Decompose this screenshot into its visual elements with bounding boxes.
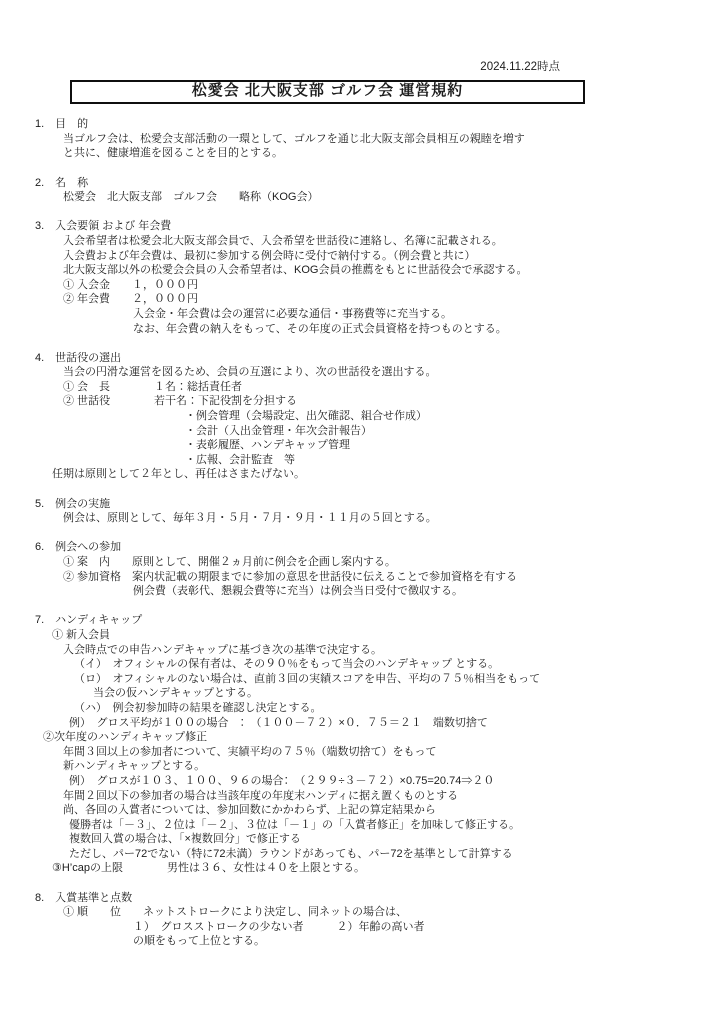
document-line: なお、年会費の納入をもって、その年度の正式会員資格を持つものとする。: [35, 322, 724, 337]
document-line: （イ） オフィシャルの保有者は、その９０％をもって当会のハンデキャップ とする。: [35, 657, 724, 672]
section: 6. 例会への参加① 案 内 原則として、開催２ヵ月前に例会を企画し案内する。②…: [35, 540, 724, 598]
document-line: と共に、健康増進を図ることを目的とする。: [35, 146, 724, 161]
document-page: 2024.11.22時点 松愛会 北大阪支部 ゴルフ会 運営規約 1. 目 的当…: [0, 0, 724, 1024]
document-line: 年間３回以上の参加者について、実績平均の７５％（端数切捨て）をもって: [35, 745, 724, 760]
date-note: 2024.11.22時点: [70, 60, 585, 75]
document-line: 入会希望者は松愛会北大阪支部会員で、入会希望を世話役に連絡し、名簿に記載される。: [35, 234, 724, 249]
document-line: ・表彰履歴、ハンデキャップ管理: [35, 438, 724, 453]
document-line: ただし、パー72でない（特に72未満）ラウンドがあっても、パー72を基準として計…: [35, 847, 724, 862]
document-line: 松愛会 北大阪支部 ゴルフ会 略称（KOG会）: [35, 190, 724, 205]
document-title: 松愛会 北大阪支部 ゴルフ会 運営規約: [192, 82, 464, 99]
document-line: 年間２回以下の参加者の場合は当該年度の年度末ハンディに据え置くものとする: [35, 789, 724, 804]
sections-container: 1. 目 的当ゴルフ会は、松愛会支部活動の一環として、ゴルフを通じ北大阪支部会員…: [35, 117, 724, 949]
document-line: 優勝者は「－３」、２位は「－２」、３位は「－１」の「入賞者修正」を加味して修正す…: [35, 818, 724, 833]
section: 2. 名 称松愛会 北大阪支部 ゴルフ会 略称（KOG会）: [35, 176, 724, 205]
section-heading: 3. 入会要領 および 年会費: [35, 219, 724, 234]
document-line: ① 案 内 原則として、開催２ヵ月前に例会を企画し案内する。: [35, 555, 724, 570]
document-line: 例会は、原則として、毎年３月・５月・７月・９月・１１月の５回とする。: [35, 511, 724, 526]
section: 5. 例会の実施例会は、原則として、毎年３月・５月・７月・９月・１１月の５回とす…: [35, 497, 724, 526]
document-line: 当会の仮ハンデキャップとする。: [35, 686, 724, 701]
document-line: ・例会管理（会場設定、出欠確認、組合せ作成）: [35, 409, 724, 424]
document-line: ② 年会費 ２，０００円: [35, 292, 724, 307]
document-line: ① 会 長 １名：総括責任者: [35, 380, 724, 395]
document-line: （ロ） オフィシャルのない場合は、直前３回の実績スコアを申告、平均の７５％相当を…: [35, 672, 724, 687]
section-heading: 6. 例会への参加: [35, 540, 724, 555]
section: 8. 入賞基準と点数① 順 位 ネットストロークにより決定し、同ネットの場合は、…: [35, 891, 724, 949]
document-line: ②次年度のハンディキャップ修正: [35, 730, 724, 745]
section-heading: 8. 入賞基準と点数: [35, 891, 724, 906]
document-line: 例） グロス平均が１００の場合 ： （１００－７２）×０．７５＝２１ 端数切捨て: [35, 716, 724, 731]
section-heading: 4. 世話役の選出: [35, 351, 724, 366]
document-line: ① 入会金 １，０００円: [35, 278, 724, 293]
document-line: 当ゴルフ会は、松愛会支部活動の一環として、ゴルフを通じ北大阪支部会員相互の親睦を…: [35, 132, 724, 147]
title-box: 松愛会 北大阪支部 ゴルフ会 運営規約: [70, 80, 585, 105]
section: 4. 世話役の選出当会の円滑な運営を図るため、会員の互選により、次の世話役を選出…: [35, 351, 724, 482]
document-line: 例） グロスが１０３、１００、９６の場合： （２９９÷３－７２）×0.75=20…: [35, 774, 724, 789]
document-line: 例会費（表彰代、懇親会費等に充当）は例会当日受付で徴収する。: [35, 584, 724, 599]
section: 1. 目 的当ゴルフ会は、松愛会支部活動の一環として、ゴルフを通じ北大阪支部会員…: [35, 117, 724, 161]
document-line: 新ハンディキャップとする。: [35, 759, 724, 774]
document-line: 当会の円滑な運営を図るため、会員の互選により、次の世話役を選出する。: [35, 365, 724, 380]
document-line: ① 順 位 ネットストロークにより決定し、同ネットの場合は、: [35, 905, 724, 920]
document-line: 入会費および年会費は、最初に参加する例会時に受付で納付する。（例会費と共に）: [35, 249, 724, 264]
document-line: の順をもって上位とする。: [35, 934, 724, 949]
document-line: 入会金・年会費は会の運営に必要な通信・事務費等に充当する。: [35, 307, 724, 322]
document-line: ・会計（入出金管理・年次会計報告）: [35, 424, 724, 439]
section-heading: 5. 例会の実施: [35, 497, 724, 512]
section-heading: 7. ハンディキャップ: [35, 613, 724, 628]
section: 7. ハンディキャップ① 新入会員入会時点での申告ハンデキャップに基づき次の基準…: [35, 613, 724, 876]
document-line: ① 新入会員: [35, 628, 724, 643]
document-line: 任期は原則として２年とし、再任はさまたげない。: [35, 467, 724, 482]
section: 3. 入会要領 および 年会費入会希望者は松愛会北大阪支部会員で、入会希望を世話…: [35, 219, 724, 336]
document-line: ② 世話役 若干名：下記役割を分担する: [35, 394, 724, 409]
document-line: ・広報、会計監査 等: [35, 453, 724, 468]
document-line: （ハ） 例会初参加時の結果を確認し決定とする。: [35, 701, 724, 716]
document-line: 複数回入賞の場合は、「×複数回分」で修正する: [35, 832, 724, 847]
document-line: 尚、各回の入賞者については、参加回数にかかわらず、上記の算定結果から: [35, 803, 724, 818]
document-line: １） グロスストロークの少ない者 ２）年齢の高い者: [35, 920, 724, 935]
section-heading: 2. 名 称: [35, 176, 724, 191]
document-line: 北大阪支部以外の松愛会会員の入会希望者は、KOG会員の推薦をもとに世話役会で承認…: [35, 263, 724, 278]
document-line: 入会時点での申告ハンデキャップに基づき次の基準で決定する。: [35, 643, 724, 658]
document-line: ② 参加資格 案内状記載の期限までに参加の意思を世話役に伝えることで参加資格を有…: [35, 570, 724, 585]
document-line: ③H’capの上限 男性は３６、女性は４０を上限とする。: [35, 861, 724, 876]
section-heading: 1. 目 的: [35, 117, 724, 132]
